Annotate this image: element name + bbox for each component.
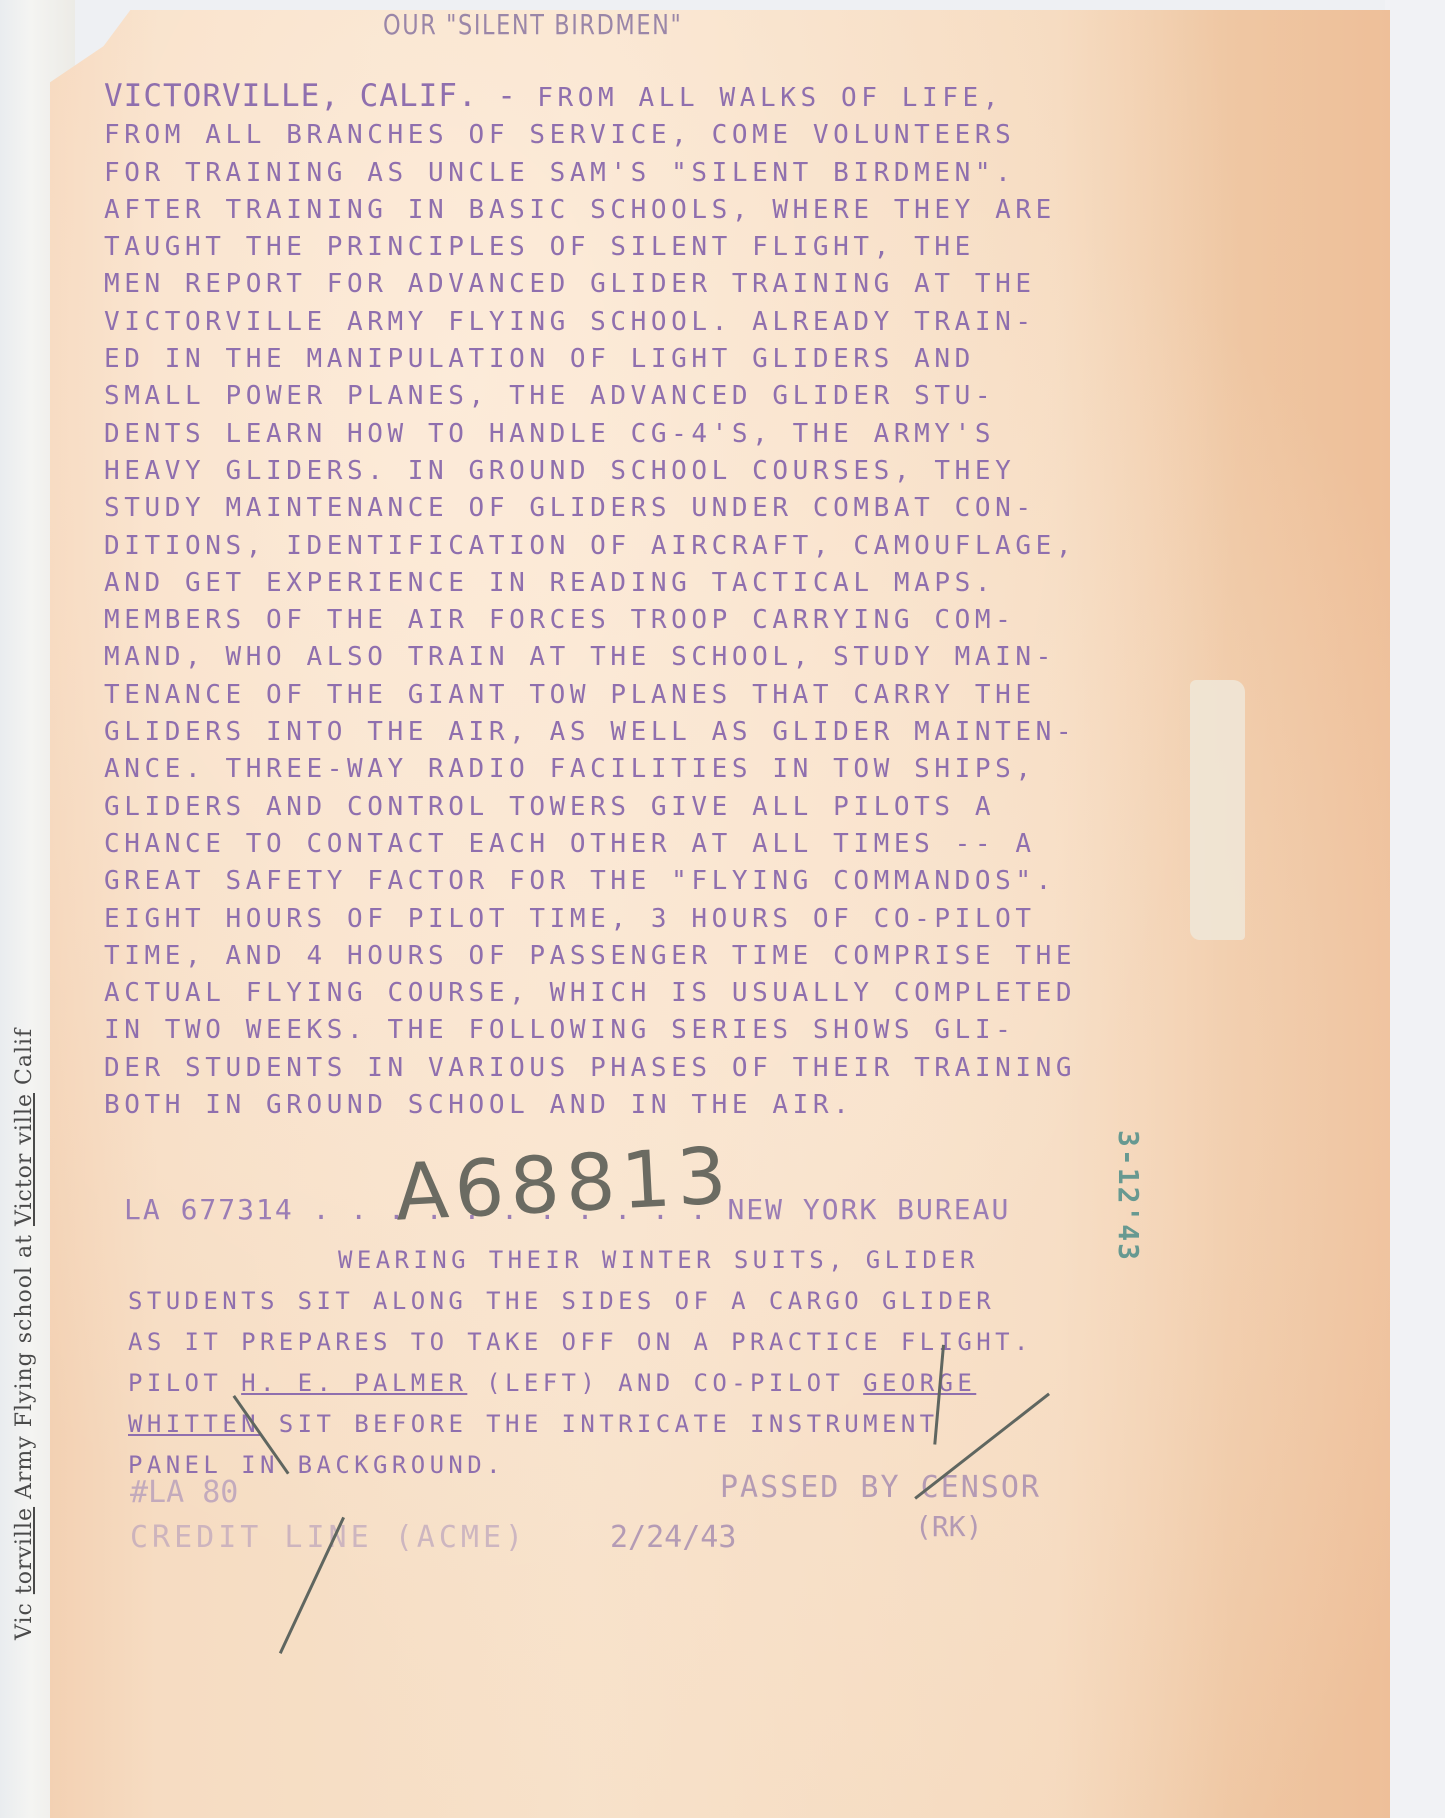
body-line: TIME, AND 4 HOURS OF PASSENGER TIME COMP… <box>104 938 1184 975</box>
photo-caption: WEARING THEIR WINTER SUITS, GLIDER STUDE… <box>128 1240 1188 1486</box>
body-line: TAUGHT THE PRINCIPLES OF SILENT FLIGHT, … <box>104 229 1184 266</box>
body-line: ANCE. THREE-WAY RADIO FACILITIES IN TOW … <box>104 751 1184 788</box>
body-line: SMALL POWER PLANES, THE ADVANCED GLIDER … <box>104 378 1184 415</box>
body-line: DITIONS, IDENTIFICATION OF AIRCRAFT, CAM… <box>104 528 1184 565</box>
body-line: MEN REPORT FOR ADVANCED GLIDER TRAINING … <box>104 266 1184 303</box>
torn-paper-tab <box>1190 680 1245 940</box>
body-line: MAND, WHO ALSO TRAIN AT THE SCHOOL, STUD… <box>104 639 1184 676</box>
body-line: VICTORVILLE, CALIF. - FROM ALL WALKS OF … <box>104 78 1184 117</box>
body-line: VICTORVILLE ARMY FLYING SCHOOL. ALREADY … <box>104 304 1184 341</box>
body-line: ED IN THE MANIPULATION OF LIGHT GLIDERS … <box>104 341 1184 378</box>
photo-back-strip: RET'D DEPT. <box>1385 0 1445 1818</box>
bureau-name: NEW YORK BUREAU <box>727 1193 1010 1226</box>
body-line: AND GET EXPERIENCE IN READING TACTICAL M… <box>104 565 1184 602</box>
body-line: AFTER TRAINING IN BASIC SCHOOLS, WHERE T… <box>104 192 1184 229</box>
body-line: GREAT SAFETY FACTOR FOR THE "FLYING COMM… <box>104 863 1184 900</box>
wire-code: LA 677314 <box>124 1193 294 1226</box>
body-line: GLIDERS INTO THE AIR, AS WELL AS GLIDER … <box>104 714 1184 751</box>
body-line: FOR TRAINING AS UNCLE SAM'S "SILENT BIRD… <box>104 155 1184 192</box>
handwritten-file-number: A68813 <box>393 1131 735 1239</box>
body-line: CHANCE TO CONTACT EACH OTHER AT ALL TIME… <box>104 826 1184 863</box>
caption-line: PILOT H. E. PALMER (LEFT) AND CO-PILOT G… <box>128 1363 1188 1404</box>
body-line: GLIDERS AND CONTROL TOWERS GIVE ALL PILO… <box>104 789 1184 826</box>
caption-line: AS IT PREPARES TO TAKE OFF ON A PRACTICE… <box>128 1322 1188 1363</box>
side-caption-prefix: Vic <box>12 1594 37 1640</box>
body-line: DENTS LEARN HOW TO HANDLE CG-4'S, THE AR… <box>104 416 1184 453</box>
censor-initials: (RK) <box>915 1510 982 1543</box>
caption-line: WEARING THEIR WINTER SUITS, GLIDER <box>128 1240 1188 1281</box>
dateline: VICTORVILLE, CALIF. - <box>104 78 517 114</box>
body-line: ACTUAL FLYING COURSE, WHICH IS USUALLY C… <box>104 975 1184 1012</box>
body-line: DER STUDENTS IN VARIOUS PHASES OF THEIR … <box>104 1050 1184 1087</box>
copilot-first-name: GEORGE <box>863 1369 976 1397</box>
footer-code: #LA 80 <box>130 1475 238 1510</box>
side-caption-middle: Army Flying school at <box>12 1226 37 1507</box>
censor-date: 2/24/43 <box>610 1520 736 1555</box>
body-line: EIGHT HOURS OF PILOT TIME, 3 HOURS OF CO… <box>104 901 1184 938</box>
body-line: IN TWO WEEKS. THE FOLLOWING SERIES SHOWS… <box>104 1012 1184 1049</box>
body-line: MEMBERS OF THE AIR FORCES TROOP CARRYING… <box>104 602 1184 639</box>
body-line: FROM ALL BRANCHES OF SERVICE, COME VOLUN… <box>104 117 1184 154</box>
censor-stamp: PASSED BY CENSOR <box>720 1470 1041 1505</box>
received-date-stamp: 3-12'43 <box>1112 1130 1145 1262</box>
document-title: OUR "SILENT BIRDMEN" <box>383 8 682 41</box>
copilot-last-name: WHITTEN <box>128 1410 260 1438</box>
pilot-name: H. E. PALMER <box>241 1369 467 1397</box>
body-line: STUDY MAINTENANCE OF GLIDERS UNDER COMBA… <box>104 490 1184 527</box>
side-caption-suffix: Calif <box>12 1028 37 1093</box>
story-body: VICTORVILLE, CALIF. - FROM ALL WALKS OF … <box>104 78 1184 1124</box>
body-line: BOTH IN GROUND SCHOOL AND IN THE AIR. <box>104 1087 1184 1124</box>
caption-line: STUDENTS SIT ALONG THE SIDES OF A CARGO … <box>128 1281 1188 1322</box>
body-line: HEAVY GLIDERS. IN GROUND SCHOOL COURSES,… <box>104 453 1184 490</box>
side-caption-underlined-1: torville <box>12 1507 37 1594</box>
body-line: TENANCE OF THE GIANT TOW PLANES THAT CAR… <box>104 677 1184 714</box>
side-caption: Vic torville Army Flying school at Victo… <box>12 1028 37 1640</box>
side-caption-underlined-2: Victor ville <box>12 1093 37 1226</box>
